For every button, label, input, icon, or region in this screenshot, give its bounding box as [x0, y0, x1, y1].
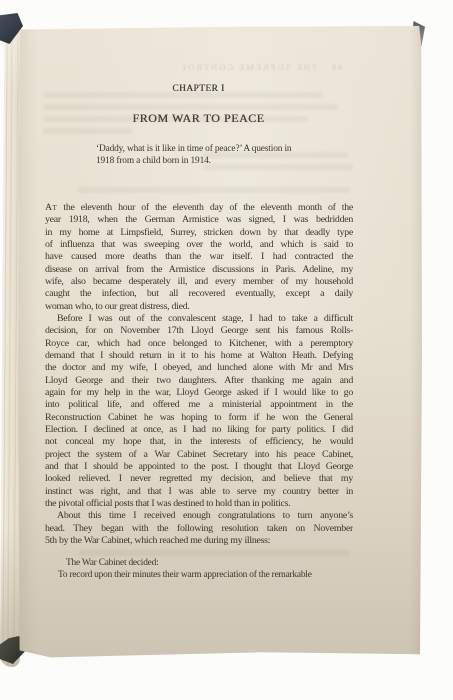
body-line: demand that I should return in it to his… — [45, 350, 353, 362]
body-line: the pivotal official posts that I was de… — [45, 498, 353, 510]
bleed-through-running-head: THE SUPREME CONTROL — [158, 62, 338, 72]
body-line: the doctor and my wife, I obeyed, and lu… — [45, 362, 353, 374]
block-quote: The War Cabinet decided: To record upon … — [58, 557, 356, 581]
bleed-through-line — [43, 104, 338, 110]
body-line: decision, for on November 17th Lloyd Geo… — [45, 325, 353, 337]
body-line: disease on arrival from the Armistice di… — [45, 264, 353, 276]
epigraph-line: ‘Daddy, what is it like in time of peace… — [96, 144, 291, 156]
chapter-heading: CHAPTER I — [45, 84, 352, 94]
body-line: At the eleventh hour of the eleventh day… — [45, 202, 353, 214]
body-line: caught the infection, but all recovered … — [45, 288, 353, 300]
body-line: Royce car, which had once belonged to Ki… — [45, 338, 353, 350]
body-line: and that I should be appointed to the po… — [45, 461, 353, 473]
body-text: At the eleventh hour of the eleventh day… — [45, 202, 353, 547]
body-line: not conceal my hope that, in the interes… — [45, 436, 353, 448]
body-line: project the system of a War Cabinet Secr… — [45, 449, 353, 461]
book-page: THE SUPREME CONTROL 40 CHAPTER I FROM WA… — [18, 26, 422, 658]
body-line: in my home at Limpsfield, Surrey, strick… — [45, 227, 353, 239]
body-line: instinct was right, and that I was able … — [45, 486, 353, 498]
chapter-title: FROM WAR TO PEACE — [45, 111, 352, 126]
body-line: of influenza that was sweeping over the … — [45, 239, 353, 251]
body-line: again for my help in the war, Lloyd Geor… — [45, 387, 353, 399]
bleed-through-line — [78, 550, 350, 556]
body-line: head. They began with the following reso… — [45, 523, 353, 535]
bleed-through-page-number: 40 — [330, 62, 343, 72]
lead-smallcaps: At — [45, 202, 57, 213]
body-line: 5th by the War Cabinet, which reached me… — [45, 535, 353, 547]
photo-background: THE SUPREME CONTROL 40 CHAPTER I FROM WA… — [0, 0, 453, 700]
body-line: Election. I declined at once, as I had n… — [45, 424, 353, 436]
body-line: year 1918, when the German Armistice was… — [45, 214, 353, 226]
bleed-through-line — [78, 187, 350, 193]
epigraph-line: 1918 from a child born in 1914. — [96, 156, 291, 168]
quote-line: The War Cabinet decided: — [58, 557, 356, 569]
body-line: woman who, to our great distress, died. — [45, 301, 353, 313]
body-line: looked relieved. I never regretted my de… — [45, 473, 353, 485]
quote-line: To record upon their minutes their warm … — [58, 569, 356, 581]
body-line: About this time I received enough congra… — [45, 510, 353, 522]
body-line: Before I was out of the convalescent sta… — [45, 313, 353, 325]
body-line: Lloyd George and their two daughters. Af… — [45, 375, 353, 387]
body-line: Reconstruction Cabinet he was hoping to … — [45, 412, 353, 424]
body-line: wife, also became desperately ill, and e… — [45, 276, 353, 288]
body-line: into political life, and offered me a mi… — [45, 399, 353, 411]
body-line: have caused more deaths than the war its… — [45, 251, 353, 263]
epigraph: ‘Daddy, what is it like in time of peace… — [96, 144, 291, 167]
bleed-through-line — [43, 128, 133, 134]
